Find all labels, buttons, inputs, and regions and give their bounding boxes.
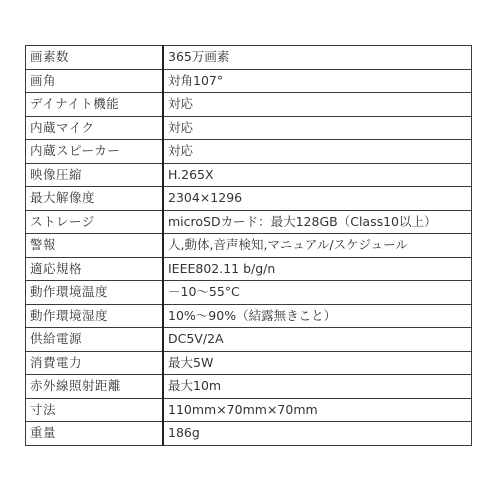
row-value: 対応 [163, 140, 472, 164]
row-value: 対角107° [163, 69, 472, 93]
row-value: 110mm×70mm×70mm [163, 398, 472, 422]
row-value: 対応 [163, 93, 472, 117]
table-row-alarm: 警報 人,動体,音声検知,マニュアル/スケジュール [26, 234, 472, 258]
table-row-speaker: 内蔵スピーカー 対応 [26, 140, 472, 164]
spec-table: 画素数 365万画素 画角 対角107° デイナイト機能 対応 内蔵マイク 対応… [25, 45, 472, 446]
row-label: 画素数 [26, 46, 164, 70]
row-label: ストレージ [26, 210, 164, 234]
row-value: 10%～90%（結露無きこと） [163, 304, 472, 328]
row-value: IEEE802.11 b/g/n [163, 257, 472, 281]
table-row-max-resolution: 最大解像度 2304×1296 [26, 187, 472, 211]
row-label: デイナイト機能 [26, 93, 164, 117]
table-row-storage: ストレージ microSDカード：最大128GB（Class10以上） [26, 210, 472, 234]
row-label: 映像圧縮 [26, 163, 164, 187]
table-row-microphone: 内蔵マイク 対応 [26, 116, 472, 140]
row-value: 2304×1296 [163, 187, 472, 211]
row-value: 365万画素 [163, 46, 472, 70]
row-label: 動作環境湿度 [26, 304, 164, 328]
table-row-operating-humidity: 動作環境湿度 10%～90%（結露無きこと） [26, 304, 472, 328]
table-row-operating-temperature: 動作環境温度 －10～55°C [26, 281, 472, 305]
row-value: 最大5W [163, 351, 472, 375]
row-value: 人,動体,音声検知,マニュアル/スケジュール [163, 234, 472, 258]
row-label: 警報 [26, 234, 164, 258]
row-value: －10～55°C [163, 281, 472, 305]
row-value: 最大10m [163, 375, 472, 399]
row-label: 動作環境温度 [26, 281, 164, 305]
table-row-wifi-standard: 適応規格 IEEE802.11 b/g/n [26, 257, 472, 281]
spec-table-body: 画素数 365万画素 画角 対角107° デイナイト機能 対応 内蔵マイク 対応… [26, 46, 472, 446]
table-row-power-consumption: 消費電力 最大5W [26, 351, 472, 375]
row-label: 内蔵マイク [26, 116, 164, 140]
table-row-view-angle: 画角 対角107° [26, 69, 472, 93]
table-row-day-night: デイナイト機能 対応 [26, 93, 472, 117]
row-value: 186g [163, 422, 472, 446]
row-label: 内蔵スピーカー [26, 140, 164, 164]
row-label: 画角 [26, 69, 164, 93]
row-label: 適応規格 [26, 257, 164, 281]
table-row-weight: 重量 186g [26, 422, 472, 446]
table-row-dimensions: 寸法 110mm×70mm×70mm [26, 398, 472, 422]
row-value: DC5V/2A [163, 328, 472, 352]
row-value: microSDカード：最大128GB（Class10以上） [163, 210, 472, 234]
row-label: 赤外線照射距離 [26, 375, 164, 399]
row-label: 重量 [26, 422, 164, 446]
row-label: 消費電力 [26, 351, 164, 375]
row-label: 寸法 [26, 398, 164, 422]
row-value: H.265X [163, 163, 472, 187]
table-row-power-supply: 供給電源 DC5V/2A [26, 328, 472, 352]
table-row-ir-distance: 赤外線照射距離 最大10m [26, 375, 472, 399]
table-row-pixels: 画素数 365万画素 [26, 46, 472, 70]
table-row-video-compression: 映像圧縮 H.265X [26, 163, 472, 187]
row-value: 対応 [163, 116, 472, 140]
row-label: 供給電源 [26, 328, 164, 352]
row-label: 最大解像度 [26, 187, 164, 211]
